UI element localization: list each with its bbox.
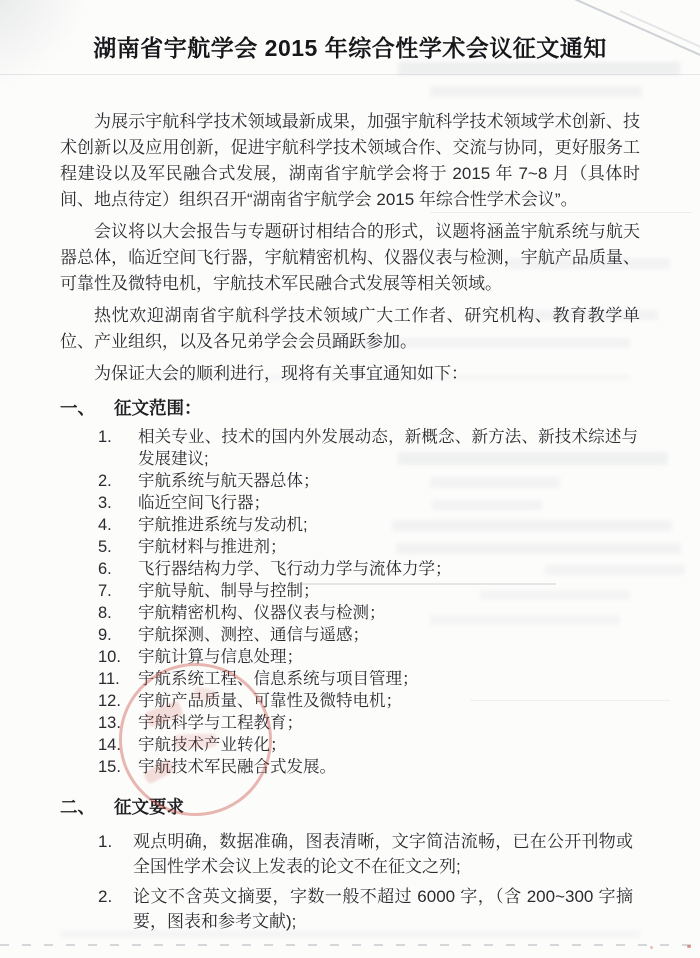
- requirement-list-item: 2. 论文不含英文摘要，字数一般不超过 6000 字，（含 200~300 字摘…: [98, 884, 640, 934]
- list-item-number: 2.: [98, 884, 133, 934]
- intro-paragraphs: 为展示宇航科学技术领域最新成果，加强宇航科学技术领域学术创新、技术创新以及应用创…: [60, 109, 640, 387]
- list-item-number: 2.: [98, 470, 138, 492]
- section-heading-requirements: 二、 征文要求: [60, 794, 640, 819]
- list-item-number: 7.: [98, 580, 138, 602]
- scope-list-item: 13. 宇航科学与工程教育；: [98, 712, 640, 734]
- scope-list-item: 10. 宇航计算与信息处理；: [98, 646, 640, 668]
- scope-list: 1. 相关专业、技术的国内外发展动态，新概念、新方法、新技术综述与发展建议; 2…: [60, 426, 640, 778]
- section-title: 征文要求: [114, 794, 184, 819]
- scope-list-item: 4. 宇航推进系统与发动机;: [98, 514, 640, 536]
- intro-paragraph: 会议将以大会报告与专题研讨相结合的形式，议题将涵盖宇航系统与航天器总体，临近空间…: [60, 219, 640, 297]
- section-title: 征文范围：: [114, 395, 202, 420]
- list-item-number: 10.: [98, 646, 138, 668]
- section-number: 二、: [60, 794, 114, 819]
- scope-list-item: 14. 宇航技术产业转化；: [98, 734, 640, 756]
- list-item-text: 观点明确，数据准确，图表清晰，文字简洁流畅，已在公开刊物或全国性学术会议上发表的…: [133, 829, 633, 879]
- list-item-text: 飞行器结构力学、飞行动力学与流体力学；: [138, 558, 638, 580]
- list-item-number: 4.: [98, 514, 138, 536]
- list-item-text: 宇航材料与推进剂；: [138, 536, 638, 558]
- list-item-number: 12.: [98, 690, 138, 712]
- list-item-number: 5.: [98, 536, 138, 558]
- list-item-number: 14.: [98, 734, 138, 756]
- list-item-number: 13.: [98, 712, 138, 734]
- list-item-text: 宇航技术军民融合式发展。: [138, 756, 638, 778]
- list-item-text: 宇航产品质量、可靠性及微特电机；: [138, 690, 638, 712]
- list-item-number: 11.: [98, 668, 138, 690]
- requirements-list: 1. 观点明确，数据准确，图表清晰，文字简洁流畅，已在公开刊物或全国性学术会议上…: [60, 829, 640, 934]
- scope-list-item: 5. 宇航材料与推进剂；: [98, 536, 640, 558]
- scope-list-item: 3. 临近空间飞行器；: [98, 492, 640, 514]
- list-item-text: 临近空间飞行器；: [138, 492, 638, 514]
- section-heading-scope: 一、 征文范围：: [60, 395, 640, 420]
- section-number: 一、: [60, 395, 114, 420]
- list-item-text: 宇航系统与航天器总体；: [138, 470, 638, 492]
- scope-list-item: 11. 宇航系统工程、信息系统与项目管理；: [98, 668, 640, 690]
- list-item-text: 宇航推进系统与发动机;: [138, 514, 638, 536]
- list-item-text: 宇航系统工程、信息系统与项目管理；: [138, 668, 638, 690]
- scope-list-item: 7. 宇航导航、制导与控制；: [98, 580, 640, 602]
- page-title: 湖南省宇航学会 2015 年综合性学术会议征文通知: [60, 33, 640, 63]
- list-item-number: 6.: [98, 558, 138, 580]
- intro-paragraph: 为保证大会的顺利进行，现将有关事宜通知如下：: [60, 361, 640, 387]
- scope-list-item: 9. 宇航探测、测控、通信与遥感；: [98, 624, 640, 646]
- scope-list-item: 1. 相关专业、技术的国内外发展动态，新概念、新方法、新技术综述与发展建议;: [98, 426, 640, 470]
- scope-list-item: 12. 宇航产品质量、可靠性及微特电机；: [98, 690, 640, 712]
- list-item-text: 宇航精密机构、仪器仪表与检测；: [138, 602, 638, 624]
- scope-list-item: 2. 宇航系统与航天器总体；: [98, 470, 640, 492]
- list-item-text: 宇航探测、测控、通信与遥感；: [138, 624, 638, 646]
- list-item-text: 相关专业、技术的国内外发展动态，新概念、新方法、新技术综述与发展建议;: [138, 426, 638, 470]
- list-item-number: 1.: [98, 426, 138, 470]
- scope-list-item: 6. 飞行器结构力学、飞行动力学与流体力学；: [98, 558, 640, 580]
- list-item-text: 宇航技术产业转化；: [138, 734, 638, 756]
- list-item-text: 论文不含英文摘要，字数一般不超过 6000 字，（含 200~300 字摘要，图…: [133, 884, 633, 934]
- list-item-number: 1.: [98, 829, 133, 879]
- list-item-number: 8.: [98, 602, 138, 624]
- list-item-number: 3.: [98, 492, 138, 514]
- intro-paragraph: 热忱欢迎湖南省宇航科学技术领域广大工作者、研究机构、教育教学单位、产业组织，以及…: [60, 303, 640, 355]
- scanned-document-page: 湖南省宇航学会 2015 年综合性学术会议征文通知 为展示宇航科学技术领域最新成…: [0, 0, 700, 958]
- list-item-text: 宇航导航、制导与控制；: [138, 580, 638, 602]
- requirement-list-item: 1. 观点明确，数据准确，图表清晰，文字简洁流畅，已在公开刊物或全国性学术会议上…: [98, 829, 640, 879]
- document-content: 湖南省宇航学会 2015 年综合性学术会议征文通知 为展示宇航科学技术领域最新成…: [0, 0, 700, 958]
- intro-paragraph: 为展示宇航科学技术领域最新成果，加强宇航科学技术领域学术创新、技术创新以及应用创…: [60, 109, 640, 213]
- list-item-text: 宇航科学与工程教育；: [138, 712, 638, 734]
- list-item-number: 9.: [98, 624, 138, 646]
- list-item-text: 宇航计算与信息处理；: [138, 646, 638, 668]
- list-item-number: 15.: [98, 756, 138, 778]
- scope-list-item: 8. 宇航精密机构、仪器仪表与检测；: [98, 602, 640, 624]
- scope-list-item: 15. 宇航技术军民融合式发展。: [98, 756, 640, 778]
